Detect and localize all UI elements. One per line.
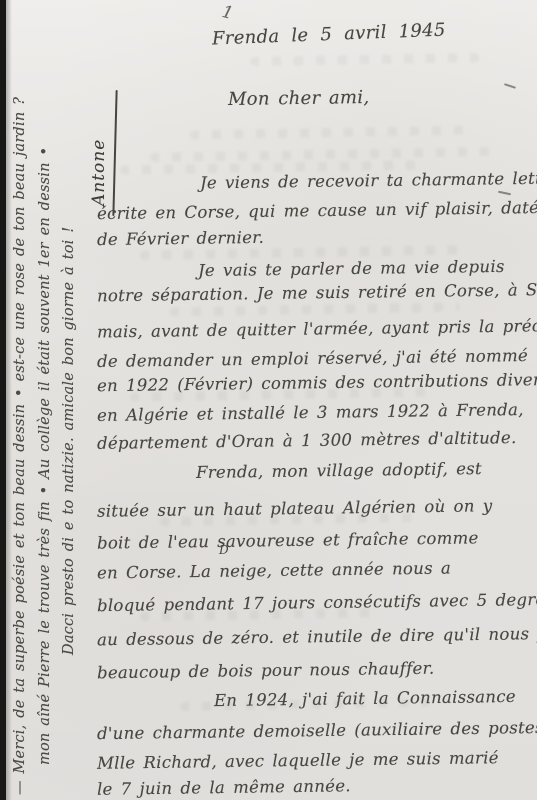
stray-ink-mark <box>504 83 516 89</box>
handwritten-line: de Février dernier. <box>97 227 264 251</box>
page-number-mark: 1 <box>220 1 236 25</box>
bleedthrough-smudge <box>150 147 490 162</box>
handwritten-line: écrite en Corse, qui me cause un vif pla… <box>97 197 537 225</box>
scanned-letter-page: 1 Frenda le 5 avril 1945 Mon cher ami, J… <box>0 0 537 800</box>
handwritten-line: en Corse. La neige, cette année nous a <box>97 558 451 585</box>
handwritten-line: Mlle Richard, avec laquelle je me suis m… <box>97 747 499 775</box>
handwritten-line: notre séparation. Je me suis retiré en C… <box>97 279 537 308</box>
insertion-mark: D <box>219 543 229 557</box>
handwritten-line: beaucoup de bois pour nous chauffer. <box>97 658 435 685</box>
handwritten-line: Frenda, mon village adoptif, est <box>196 458 482 484</box>
bleedthrough-smudge <box>250 53 480 66</box>
bleedthrough-smudge <box>190 126 470 140</box>
handwritten-line: En 1924, j'ai fait la Connaissance <box>214 686 516 712</box>
handwritten-line: Je viens de recevoir ta charmante lettre <box>200 167 537 194</box>
margin-note: Dacci presto di e to natizie. amicale bo… <box>58 99 80 655</box>
handwritten-line: de demander un emploi réservé, j'ai été … <box>97 345 528 373</box>
handwritten-line: Je vais te parler de ma vie depuis <box>198 256 505 282</box>
handwritten-line: mais, avant de quitter l'armée, ayant pr… <box>97 315 537 344</box>
handwritten-line: département d'Oran à 1 300 mètres d'alti… <box>97 427 517 455</box>
handwritten-line: au dessous de zéro. et inutile de dire q… <box>97 623 537 652</box>
handwritten-line: boit de l'eau savoureuse et fraîche comm… <box>97 527 479 554</box>
handwritten-line: en 1922 (Février) commis des contributio… <box>97 369 537 398</box>
handwritten-line: bloqué pendant 17 jours consécutifs avec… <box>97 589 537 617</box>
stray-ink-mark <box>498 191 511 196</box>
handwritten-line: en Algérie et installé le 3 mars 1922 à … <box>97 399 524 427</box>
letter-salutation: Mon cher ami, <box>228 87 370 111</box>
handwritten-line: située sur un haut plateau Algérien où o… <box>97 495 493 523</box>
handwritten-line: le 7 juin de la même année. <box>97 775 351 800</box>
margin-note: mon aîné Pierre le trouve très fin • Au … <box>34 45 56 765</box>
signature-underline <box>112 90 117 216</box>
letter-dateline: Frenda le 5 avril 1945 <box>212 20 446 51</box>
handwritten-line: d'une charmante demoiselle (auxiliaire d… <box>97 717 537 745</box>
margin-note: — Merci, de ta superbe poésie et ton bea… <box>9 30 31 795</box>
signature: Antone <box>88 88 110 206</box>
